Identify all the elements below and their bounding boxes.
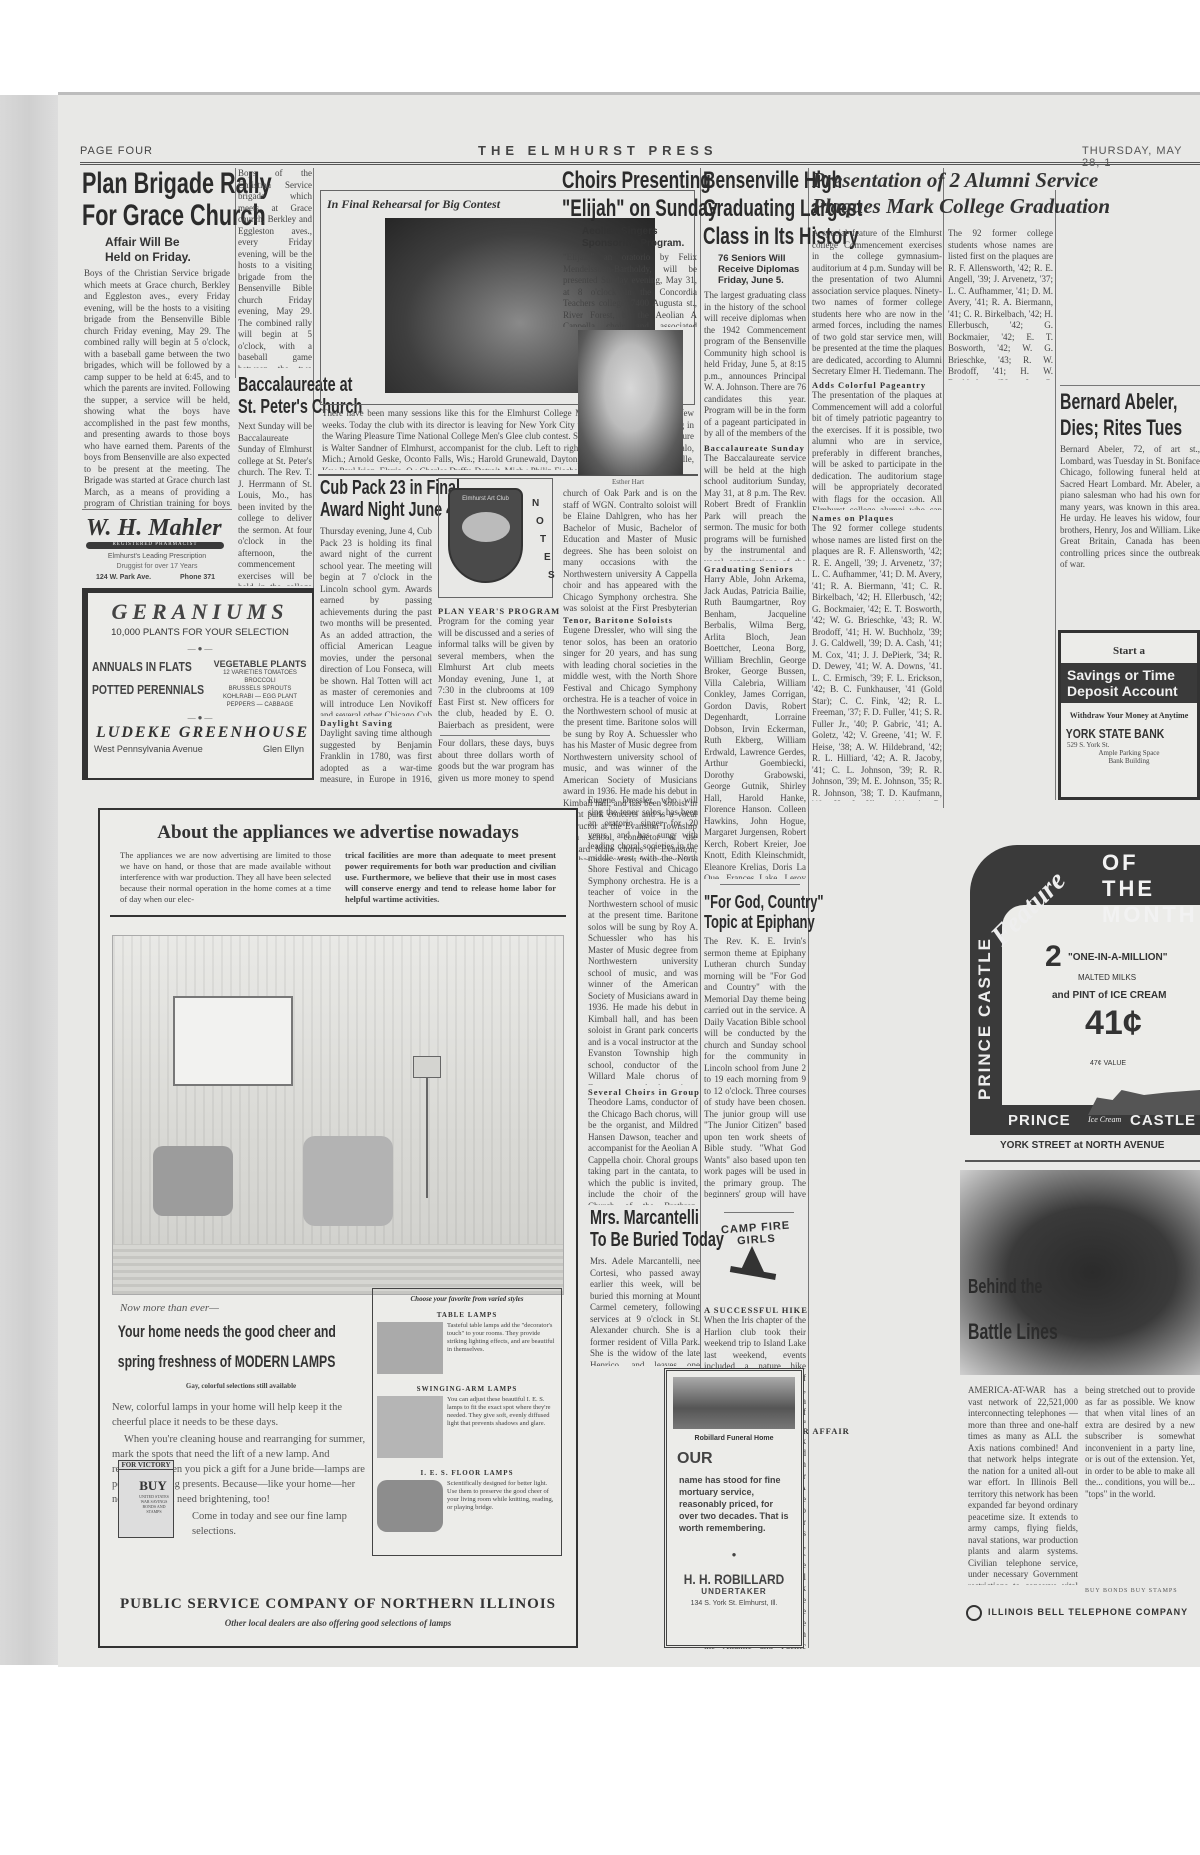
divider xyxy=(965,1160,1200,1162)
lamp-type-swinging: SWINGING-ARM LAMPS You can adjust these … xyxy=(373,1385,561,1461)
bell-logo-icon xyxy=(966,1605,982,1621)
our-label: OUR xyxy=(677,1450,801,1468)
subheading: Adds Colorful Pageantry xyxy=(812,380,926,390)
headline: Battle Lines xyxy=(968,1320,1058,1343)
art-club-badge-icon: Elmhurst Art Club xyxy=(448,488,523,583)
badge-text: Elmhurst Art Club xyxy=(450,496,521,502)
malt-item: "ONE-IN-A-MILLION" xyxy=(1068,952,1167,963)
subheading: PLAN YEAR'S PROGRAM xyxy=(438,606,560,616)
article-body: "Elijah," an oratorio by Felix Mendelsso… xyxy=(563,252,697,327)
robillard-title: UNDERTAKER xyxy=(667,1587,801,1596)
graduate-list: Harry Able, John Arkema, Jack Audas, Pat… xyxy=(704,574,806,879)
lamp-headline: spring freshness of MODERN LAMPS xyxy=(112,1352,298,1372)
subhead: Sponsoring Program. xyxy=(582,238,684,250)
lamp-type-title: TABLE LAMPS xyxy=(373,1311,561,1319)
article-body: Mrs. Adele Marcantelli, nee Cortesi, who… xyxy=(590,1256,700,1366)
headline: To Be Buried Today xyxy=(590,1230,724,1251)
letter: S xyxy=(548,567,552,585)
letter: T xyxy=(540,531,552,549)
paper-name: THE ELMHURST PRESS xyxy=(478,143,718,158)
ad-york-state-bank: Start a Savings or Time Deposit Account … xyxy=(1058,630,1200,800)
article-body: Thursday evening, June 4, Cub Pack 23 is… xyxy=(320,526,432,716)
sofa-drawing xyxy=(303,1136,393,1226)
page-margin xyxy=(0,1667,1200,1855)
subheading: Daylight Saving xyxy=(320,718,393,728)
veg-title: VEGETABLE PLANTS xyxy=(210,659,310,669)
of-the-month: OF THE MONTH xyxy=(1102,850,1200,928)
filler-text: Four dollars, these days, buys about thr… xyxy=(438,738,554,783)
ad-robillard-funeral: Robillard Funeral Home OUR name has stoo… xyxy=(664,1368,804,1648)
funeral-home-illustration xyxy=(673,1377,795,1429)
article-body: The Rev. K. E. Irvin's sermon theme at E… xyxy=(704,936,806,1198)
lamp-type-text: Tasteful table lamps add the "decorator'… xyxy=(447,1322,557,1374)
subheading: Tenor, Baritone Soloists xyxy=(563,615,673,625)
subheading: Graduating Seniors xyxy=(704,564,794,574)
article-body: The largest graduating class in the hist… xyxy=(704,290,806,440)
lamp-type-floor: I. E. S. FLOOR LAMPS Scientifically desi… xyxy=(373,1469,561,1535)
headline: Bernard Abeler, xyxy=(1060,390,1177,413)
lamp-type-title: SWINGING-ARM LAMPS xyxy=(373,1385,561,1393)
prince-castle-address: YORK STREET at NORTH AVENUE xyxy=(1000,1140,1164,1151)
headline: Behind the xyxy=(968,1277,1042,1298)
headline: Plaques Mark College Graduation xyxy=(812,194,1110,219)
mahler-phone: Phone 371 xyxy=(180,574,215,581)
value: 47¢ VALUE xyxy=(1090,1060,1126,1067)
armchair-drawing xyxy=(153,1146,233,1216)
bank-start: Start a xyxy=(1061,645,1197,657)
bank-parking: Ample Parking Space xyxy=(1061,749,1197,757)
mahler-address: 124 W. Park Ave. xyxy=(96,574,151,581)
lamp-body: New, colorful lamps in your home will he… xyxy=(112,1400,370,1430)
window-drawing xyxy=(173,996,293,1086)
headline: Award Night June 4 xyxy=(320,500,454,521)
floor-drawing xyxy=(113,1244,563,1294)
headline: Topic at Epiphany xyxy=(704,913,815,932)
newspaper-page: PAGE FOUR THE ELMHURST PRESS THURSDAY, M… xyxy=(0,0,1200,1855)
funeral-caption: Robillard Funeral Home xyxy=(667,1435,801,1442)
lamp-stand-drawing xyxy=(426,1078,428,1198)
lamp-kicker: Now more than ever— xyxy=(112,1302,370,1314)
castle-wordmark: CASTLE xyxy=(1130,1112,1196,1129)
ad-title: GERANIUMS xyxy=(88,599,312,625)
subhead: Held on Friday. xyxy=(105,251,191,265)
lamp-type-text: Scientifically designed for better light… xyxy=(447,1480,557,1532)
divider xyxy=(724,1212,794,1213)
subheading: Baccalaureate Sunday xyxy=(704,443,805,453)
mahler-logo: W. H. Mahler xyxy=(86,515,222,542)
annuals-label: ANNUALS IN FLATS xyxy=(92,659,186,674)
photo-box-title: In Final Rehearsal for Big Contest xyxy=(327,197,500,212)
ad-public-service-lamps: About the appliances we advertise nowada… xyxy=(98,808,578,1648)
bank-name: YORK STATE BANK xyxy=(1061,726,1170,741)
malt-and: and PINT of ICE CREAM xyxy=(1052,990,1166,1001)
ornament-icon: — ● — xyxy=(88,644,312,653)
esther-hart-portrait xyxy=(578,330,683,475)
veg-line: BRUSSELS SPROUTS xyxy=(210,685,310,693)
veg-line: PEPPERS — CABBAGE xyxy=(210,701,310,709)
floor-lamp-drawing xyxy=(377,1480,443,1532)
prince-wordmark: PRINCE xyxy=(1008,1112,1071,1129)
bank-band: Savings or Time Deposit Account xyxy=(1061,663,1197,703)
subhead: Friday, June 5. xyxy=(718,276,784,287)
portrait-caption: Esther Hart xyxy=(612,478,644,486)
article-body: The Baccalaureate service will be held a… xyxy=(704,453,806,561)
headline: Presentation of 2 Alumni Service xyxy=(812,168,1098,193)
headline: Choirs Presenting xyxy=(562,168,711,193)
article-body: church of Oak Park and is on the staff o… xyxy=(563,488,697,613)
company-name: PUBLIC SERVICE COMPANY OF NORTHERN ILLIN… xyxy=(100,1596,576,1613)
swinging-lamp-drawing xyxy=(377,1396,443,1458)
ornament-icon: — ● — xyxy=(88,713,312,722)
letter: N xyxy=(532,495,552,513)
perennials-label: POTTED PERENNIALS xyxy=(92,682,186,697)
names-list: The 92 former college students whose nam… xyxy=(812,523,942,801)
robillard-name: H. H. ROBILLARD xyxy=(677,1571,791,1587)
bank-address: 529 S. York St. xyxy=(1061,741,1197,749)
headline: Mrs. Marcantelli xyxy=(590,1208,699,1229)
bell-company: ILLINOIS BELL TELEPHONE COMPANY xyxy=(988,1607,1188,1617)
lamp-type-title: I. E. S. FLOOR LAMPS xyxy=(373,1469,561,1477)
choose-label: Choose your favorite from varied styles xyxy=(373,1295,561,1303)
column-rule xyxy=(943,168,944,808)
mahler-line: Druggist for over 17 Years xyxy=(82,563,232,570)
price: 41¢ xyxy=(1085,1004,1142,1043)
article-body: Next Sunday will be Baccalaureate Sunday… xyxy=(238,421,312,586)
lamp-type-text: You can adjust these beautiful I. E. S. … xyxy=(447,1396,557,1458)
malt-count: 2 xyxy=(1045,940,1062,974)
bell-tagline: BUY BONDS BUY STAMPS xyxy=(1085,1588,1178,1594)
subhead: Aeolian Singers xyxy=(582,226,658,238)
article-body: Daylight saving time although suggested … xyxy=(320,728,432,783)
veg-line: KOHLRABI — EGG PLANT xyxy=(210,693,310,701)
robillard-address: 134 S. York St. Elmhurst, Ill. xyxy=(667,1600,801,1607)
lamp-types-panel: Choose your favorite from varied styles … xyxy=(372,1288,562,1556)
headline: Dies; Rites Tues xyxy=(1060,416,1182,439)
masthead-rule xyxy=(80,162,1200,165)
ad-ludeke-greenhouse: GERANIUMS 10,000 PLANTS FOR YOUR SELECTI… xyxy=(82,588,314,780)
buy-label: BUY xyxy=(119,1478,173,1494)
lamp-type-table: TABLE LAMPS Tasteful table lamps add the… xyxy=(373,1311,561,1377)
soldier-photo xyxy=(960,1170,1200,1375)
lamp-sub: Gay, colorful selections still available xyxy=(112,1382,370,1390)
ad-body: AMERICA-AT-WAR has a vast network of 22,… xyxy=(968,1385,1078,1585)
ad-tagline: 10,000 PLANTS FOR YOUR SELECTION xyxy=(88,627,312,638)
headline: "Elijah" on Sunday xyxy=(562,196,718,221)
bank-withdraw: Withdraw Your Money at Anytime xyxy=(1061,711,1197,720)
appliances-col-2: trical facilities are more than adequate… xyxy=(345,850,556,905)
divider xyxy=(82,509,232,510)
article-body-continued: Boys of the Christian Service brigade wh… xyxy=(238,168,312,368)
subheading: Several Choirs in Group xyxy=(588,1087,700,1097)
mahler-line: Elmhurst's Leading Prescription xyxy=(82,553,232,560)
greenhouse-address: West Pennsylvania Avenue xyxy=(94,744,203,754)
victory-bonds-badge: FOR VICTORY BUY UNITED STATES WAR SAVING… xyxy=(118,1460,174,1538)
dealers-footer: Other local dealers are also offering go… xyxy=(100,1618,576,1628)
subhead: Affair Will Be xyxy=(105,236,180,250)
bullet-icon: ● xyxy=(667,1550,801,1559)
prince-castle-vertical: PRINCE CASTLE xyxy=(975,937,995,1100)
malt-sub: MALTED MILKS xyxy=(1078,973,1136,982)
tree-icon xyxy=(462,512,510,542)
divider xyxy=(440,735,550,736)
letter: E xyxy=(544,549,552,567)
ice-cream-script: Ice Cream xyxy=(1088,1115,1121,1124)
victory-label: FOR VICTORY xyxy=(119,1461,173,1470)
article-body: Program for the coming year will be disc… xyxy=(438,616,554,731)
bonds-label: UNITED STATES WAR SAVINGS BONDS AND STAM… xyxy=(119,1494,173,1514)
robillard-body: name has stood for fine mortuary service… xyxy=(679,1474,791,1534)
subheading: A SUCCESSFUL HIKE xyxy=(704,1305,808,1315)
subheading: Names on Plaques xyxy=(812,513,894,523)
greenhouse-town: Glen Ellyn xyxy=(263,744,304,754)
lamp-headline: Your home needs the good cheer and xyxy=(112,1322,298,1342)
article-body: Boys of the Christian Service brigade wh… xyxy=(84,268,230,508)
article-body: Theodore Lams, conductor of the Chicago … xyxy=(588,1097,698,1205)
dateline: THURSDAY, MAY 28, 1 xyxy=(1082,145,1200,169)
veg-line: 12 VARIETIES TOMATOES xyxy=(210,669,310,677)
letter: O xyxy=(536,513,552,531)
lamp-shade-drawing xyxy=(413,1056,441,1078)
appliances-title: About the appliances we advertise nowada… xyxy=(110,822,566,844)
mahler-band: REGISTERED PHARMACIST xyxy=(86,542,224,549)
article-body: A special feature of the Elmhurst colleg… xyxy=(812,228,942,378)
veg-line: BROCCOLI xyxy=(210,677,310,685)
divider xyxy=(1060,385,1200,386)
article-body-continued: Eugene Dressler, who will sing the tenor… xyxy=(588,795,698,1085)
column-rule xyxy=(1055,190,1056,800)
headline: "For God, Country" xyxy=(704,893,824,912)
page-folio: PAGE FOUR xyxy=(80,145,153,157)
article-body: Bernard Abeler, 72, of art st., Lombard,… xyxy=(1060,444,1200,624)
ad-body: being stretched out to provide as far as… xyxy=(1085,1385,1195,1585)
living-room-illustration xyxy=(112,935,564,1295)
table-lamp-drawing xyxy=(377,1322,443,1374)
names-list-continued: The 92 former college students whose nam… xyxy=(948,228,1053,380)
greenhouse-name: LUDEKE GREENHOUSE xyxy=(88,724,312,742)
bank-building: Bank Building xyxy=(1061,757,1197,765)
article-body: The presentation of the plaques at Comme… xyxy=(812,390,942,510)
notes-vertical-label: N O T E S xyxy=(532,495,552,585)
divider xyxy=(720,884,800,885)
appliances-col-1: The appliances we are now advertising ar… xyxy=(120,850,331,905)
